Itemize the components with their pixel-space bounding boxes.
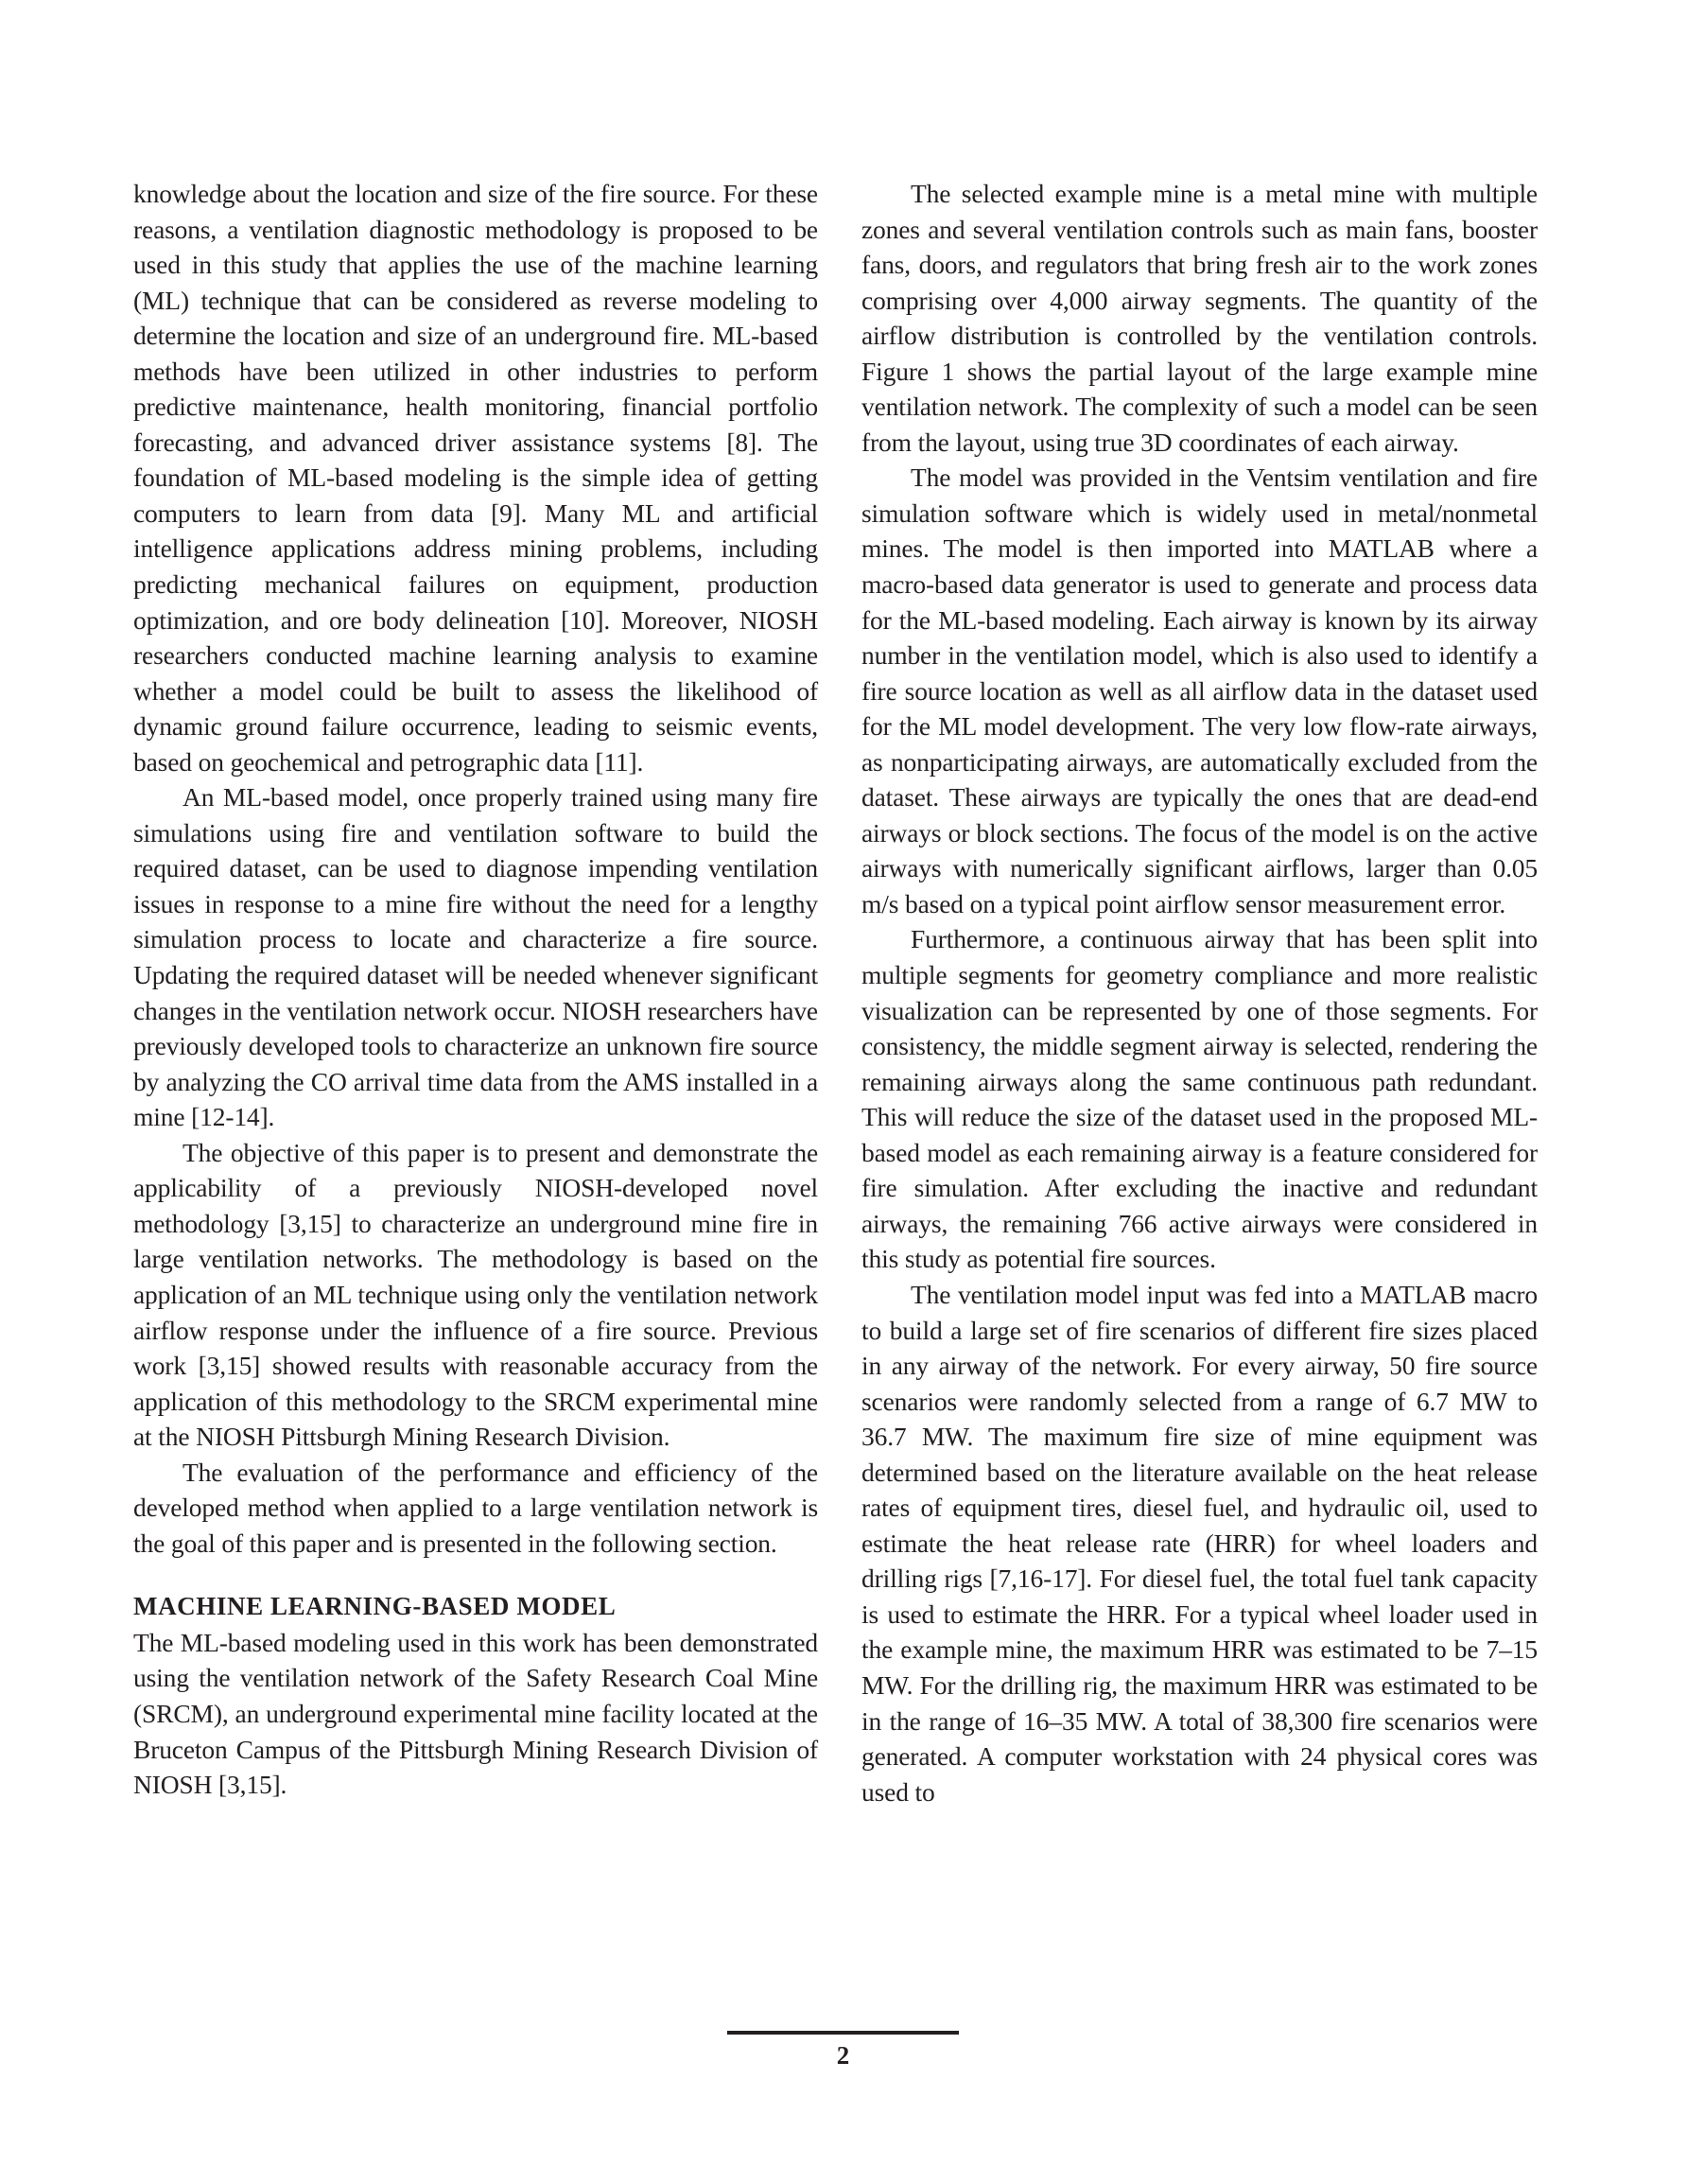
body-paragraph: The selected example mine is a metal min… — [861, 176, 1538, 460]
body-paragraph: The ML-based modeling used in this work … — [133, 1625, 818, 1803]
body-paragraph: The evaluation of the performance and ef… — [133, 1455, 818, 1562]
right-column: The selected example mine is a metal min… — [861, 176, 1538, 1809]
body-paragraph: An ML-based model, once properly trained… — [133, 779, 818, 1134]
body-paragraph: Furthermore, a continuous airway that ha… — [861, 921, 1538, 1276]
body-paragraph: The objective of this paper is to presen… — [133, 1135, 818, 1455]
page-number: 2 — [727, 2039, 959, 2071]
section-heading: MACHINE LEARNING-BASED MODEL — [133, 1589, 818, 1625]
body-paragraph: knowledge about the location and size of… — [133, 176, 818, 779]
left-column: knowledge about the location and size of… — [133, 176, 818, 1803]
body-paragraph: The model was provided in the Ventsim ve… — [861, 460, 1538, 921]
body-paragraph: The ventilation model input was fed into… — [861, 1277, 1538, 1809]
footer-divider — [727, 2031, 959, 2035]
